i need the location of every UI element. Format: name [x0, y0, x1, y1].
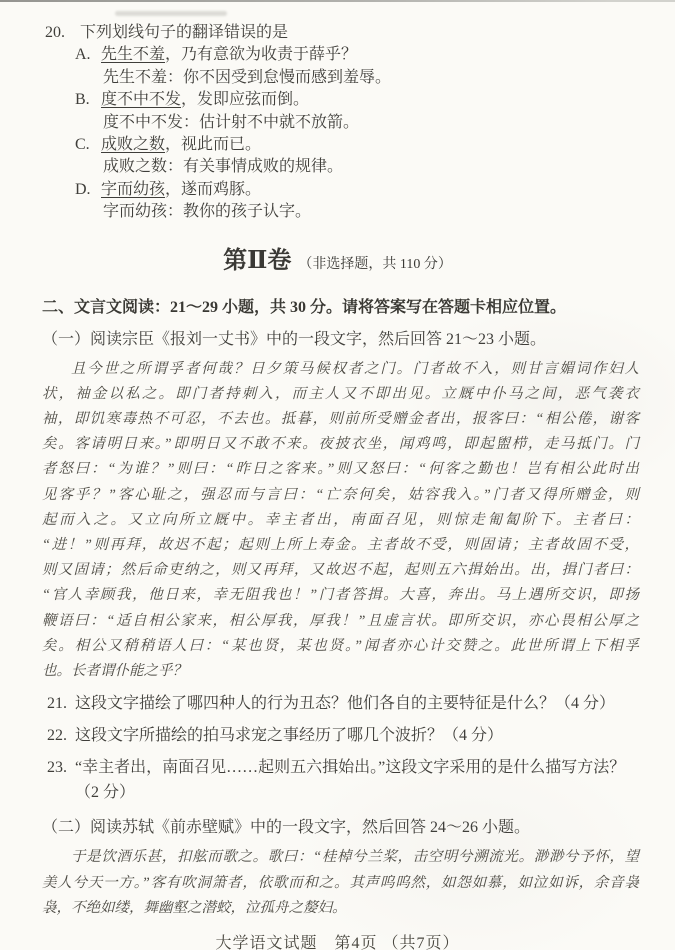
question-22-number: 22.	[47, 723, 75, 748]
scan-smudge-artifact	[115, 11, 227, 16]
question-21: 21.这段文字描绘了哪四种人的行为丑态？他们各自的主要特征是什么？（4 分）	[47, 691, 675, 716]
passage-1-line: 矣。相公又稍稍语人曰：“某也贤，某也贤。”闻者亦心计交赞之。此世所谓上下相孚	[42, 634, 639, 659]
scan-edge-artifact	[0, 0, 675, 2]
page-footer: 大学语文试题 第4页 （共7页）	[0, 930, 675, 950]
option-a-sentence: ，乃有意欲为收责于薛乎？	[165, 46, 357, 63]
passage-1-line: 鞭语曰：“适自相公家来，相公厚我，厚我！”且虚言状。即所交识，亦心畏相公厚之	[42, 609, 639, 634]
option-c-translation: 成败之数：有关事情成败的规律。	[45, 156, 675, 178]
passage-1-line: 也。长者谓仆能之乎？	[42, 659, 639, 684]
option-d-translation: 字而幼孩：教你的孩子认字。	[45, 201, 675, 223]
question-20-number: 20.	[45, 22, 80, 44]
option-a: A.先生不羞，乃有意欲为收责于薛乎？ 先生不羞：你不因受到怠慢而感到羞辱。	[45, 44, 675, 89]
reading-2-intro: （二）阅读苏轼《前赤壁赋》中的一段文字，然后回答 24～26 小题。	[42, 814, 675, 837]
reading-1-questions: 21.这段文字描绘了哪四种人的行为丑态？他们各自的主要特征是什么？（4 分） 2…	[47, 691, 675, 805]
passage-1-line: 袖，即饥寒毒热不可忍，不去也。抵暮，则前所受赠金者出，报客曰：“相公倦，谢客	[42, 407, 639, 432]
option-a-letter: A.	[75, 44, 101, 66]
question-23-number: 23.	[47, 755, 75, 780]
option-c-sentence: ，视此而已。	[165, 136, 261, 153]
question-20-stem-text: 下列划线句子的翻译错误的是	[80, 24, 288, 41]
option-b-letter: B.	[75, 89, 101, 111]
option-c: C.成败之数，视此而已。 成败之数：有关事情成败的规律。	[45, 134, 675, 179]
passage-1-line: “官人幸顾我，他日来，幸无阻我也！”门者答揖。大喜，奔出。马上遇所交识，即扬	[42, 583, 639, 608]
option-d-sentence: ，遂而鸡豚。	[165, 181, 261, 198]
question-21-text: 这段文字描绘了哪四种人的行为丑态？他们各自的主要特征是什么？（4 分）	[75, 695, 615, 712]
passage-2-line: 袅，不绝如缕，舞幽壑之潜蛟，泣孤舟之嫠妇。	[42, 896, 639, 921]
question-22-text: 这段文字所描绘的拍马求宠之事经历了哪几个波折？（4 分）	[75, 727, 503, 744]
question-23: 23.“幸主者出，南面召见……起则五六揖始出。”这段文字采用的是什么描写方法？ …	[47, 755, 675, 805]
option-d: D.字而幼孩，遂而鸡豚。 字而幼孩：教你的孩子认字。	[45, 179, 675, 224]
passage-1-line: 矣。客请明日来。”即明日又不敢不来。夜披衣坐，闻鸡鸣，即起盥栉，走马抵门。门	[42, 432, 639, 457]
reading-1-intro: （一）阅读宗臣《报刘一丈书》中的一段文字，然后回答 21～23 小题。	[42, 326, 675, 349]
option-b: B.度不中不发，发即应弦而倒。 度不中不发：估计射不中就不放箭。	[45, 89, 675, 134]
question-20: 20.下列划线句子的翻译错误的是 A.先生不羞，乃有意欲为收责于薛乎？ 先生不羞…	[45, 0, 675, 224]
question-22: 22.这段文字所描绘的拍马求宠之事经历了哪几个波折？（4 分）	[47, 723, 675, 748]
passage-1-line: 状，袖金以私之。即门者持刺入，而主人又不即出见。立厩中仆马之间，恶气袭衣	[42, 382, 639, 407]
passage-bao-liu-yi-zhang-shu: 且今世之所谓孚者何哉？日夕策马候权者之门。门者故不入，则甘言媚词作妇人 状，袖金…	[42, 357, 639, 685]
question-21-number: 21.	[47, 691, 75, 716]
option-a-underlined-phrase: 先生不羞	[101, 46, 165, 63]
option-d-underlined-phrase: 字而幼孩	[101, 181, 165, 198]
option-a-translation: 先生不羞：你不因受到怠慢而感到羞辱。	[45, 67, 675, 89]
option-d-letter: D.	[75, 179, 101, 201]
passage-2-line: 美人兮天一方。”客有吹洞箫者，依歌而和之。其声呜呜然，如怨如慕，如泣如诉，余音袅	[42, 871, 639, 896]
passage-1-line: 起而入之。又立向所立厩中。幸主者出，南面召见，则惊走匍匐阶下。主者曰：	[42, 508, 639, 533]
passage-1-line: 则又固请；然后命吏纳之，则又再拜，又故迟不起，起则五六揖始出。出，揖门者曰：	[42, 558, 639, 583]
passage-2-line: 于是饮酒乐甚，扣舷而歌之。歌曰：“桂棹兮兰桨，击空明兮溯流光。渺渺兮予怀，望	[42, 845, 639, 870]
option-b-sentence: ，发即应弦而倒。	[181, 91, 309, 108]
option-c-letter: C.	[75, 134, 101, 156]
option-b-underlined-phrase: 度不中不发	[101, 91, 181, 108]
passage-1-line: 见客乎？”客心耻之，强忍而与言曰：“亡奈何矣，姑容我入。”门者又得所赠金，则	[42, 483, 639, 508]
volume-2-title-text: 第Ⅱ卷	[223, 248, 291, 274]
volume-2-title: 第Ⅱ卷（非选择题，共 110 分）	[0, 240, 675, 275]
passage-qian-chibi-fu: 于是饮酒乐甚，扣舷而歌之。歌曰：“桂棹兮兰桨，击空明兮溯流光。渺渺兮予怀，望 美…	[42, 845, 639, 921]
option-c-underlined-phrase: 成败之数	[101, 136, 165, 153]
passage-1-line: 且今世之所谓孚者何哉？日夕策马候权者之门。门者故不入，则甘言媚词作妇人	[42, 357, 639, 382]
question-20-stem: 20.下列划线句子的翻译错误的是	[45, 22, 675, 44]
question-23-text: “幸主者出，南面召见……起则五六揖始出。”这段文字采用的是什么描写方法？	[75, 759, 625, 776]
passage-1-line: 者怒曰：“为谁？”则曰：“昨日之客来。”则又怒曰：“何客之勤也！岂有相公此时出	[42, 457, 639, 482]
question-23-points: （2 分）	[47, 780, 675, 805]
passage-1-line: “进！”则再拜，故迟不起；起则上所上寿金。主者故不受，则固请；主者故固不受，	[42, 533, 639, 558]
section-2-heading: 二、文言文阅读：21～29 小题，共 30 分。请将答案写在答题卡相应位置。	[42, 294, 675, 317]
exam-page: 20.下列划线句子的翻译错误的是 A.先生不羞，乃有意欲为收责于薛乎？ 先生不羞…	[0, 0, 675, 950]
option-b-translation: 度不中不发：估计射不中就不放箭。	[45, 112, 675, 134]
volume-2-subtitle: （非选择题，共 110 分）	[298, 257, 451, 272]
